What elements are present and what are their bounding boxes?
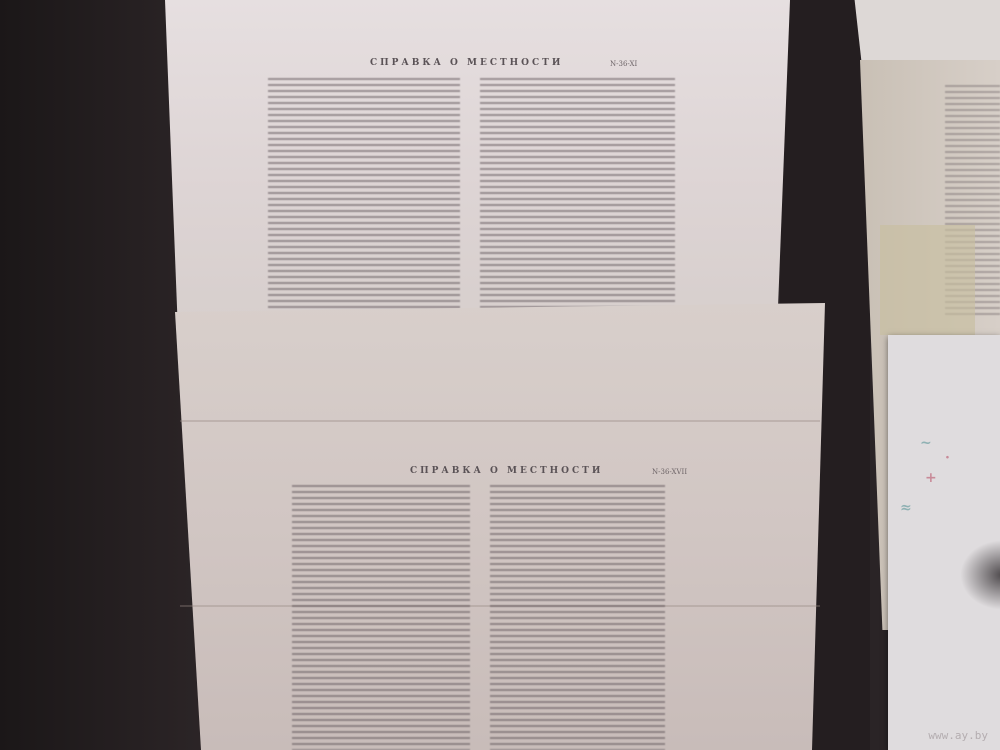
page-reference: N-36-XI	[610, 60, 637, 68]
paper-fold	[180, 420, 820, 422]
adhesive-tape	[880, 225, 975, 335]
ink-mark: ·	[945, 450, 950, 466]
text-column-left	[292, 485, 470, 750]
text-column-right	[490, 485, 665, 750]
ink-mark: +	[925, 470, 937, 486]
ink-mark: ~	[920, 435, 932, 451]
watermark: www.ay.by	[928, 729, 988, 742]
document-heading: СПРАВКА О МЕСТНОСТИ	[410, 466, 603, 476]
top-document-sheet	[165, 0, 790, 320]
text-column-left	[268, 78, 460, 313]
document-heading: СПРАВКА О МЕСТНОСТИ	[370, 58, 563, 68]
hand-shadow	[960, 540, 1000, 610]
page-reference: N-36-XVII	[652, 468, 687, 476]
ink-mark: ≈	[900, 500, 912, 516]
text-column-right	[480, 78, 675, 308]
